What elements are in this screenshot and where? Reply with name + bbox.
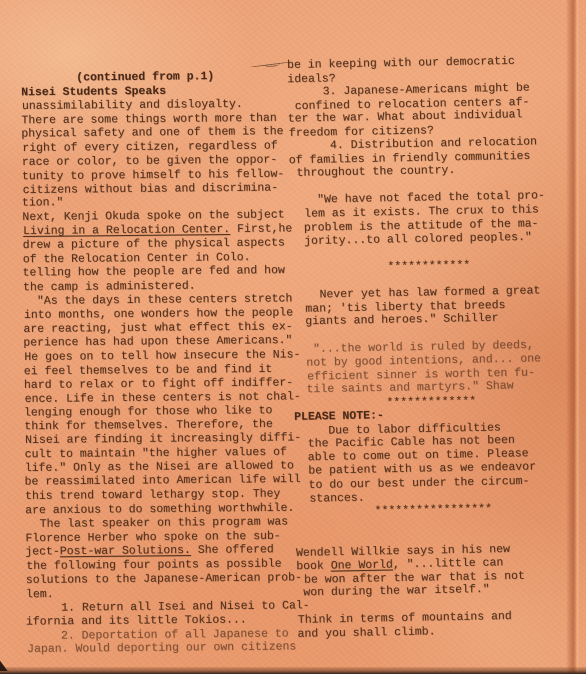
newsletter-page: (continued from p.1)Nisei Students Speak… — [0, 0, 586, 674]
left-column: (continued from p.1)Nisei Students Speak… — [21, 69, 321, 657]
text-line: right of every citizen, regardless of — [22, 139, 316, 156]
text-line: cult to maintain "the higher values of — [25, 446, 319, 463]
underlined-text: One World — [331, 559, 393, 573]
underlined-text: Living in a Relocation Center. — [23, 223, 230, 238]
text-line: Living in a Relocation Center. First,he — [23, 222, 317, 239]
text-segment: First,he — [230, 223, 292, 237]
text-line: the following four points as possible — [26, 557, 320, 574]
page-edge-crease — [566, 0, 580, 674]
page-bottom-edge — [0, 667, 586, 674]
text-line: into months, one wonders how the people — [24, 306, 318, 323]
text-line: ei feel themselves to be and find it — [24, 362, 318, 379]
text-segment: book — [296, 560, 331, 574]
pencil-stroke — [264, 61, 280, 67]
text-line: be reassimilated into American life will — [25, 473, 319, 490]
text-segment: She offered — [191, 543, 274, 557]
text-segment: ject- — [25, 545, 60, 558]
underlined-text: Post-war Solutions. — [60, 544, 191, 558]
text-line: tion." — [22, 194, 316, 211]
text-line: the camp is administered. — [23, 279, 317, 296]
text-line: Japan. Would deporting our own citizens — [27, 641, 321, 658]
right-column: be in keeping with our democraticideals?… — [287, 54, 574, 641]
